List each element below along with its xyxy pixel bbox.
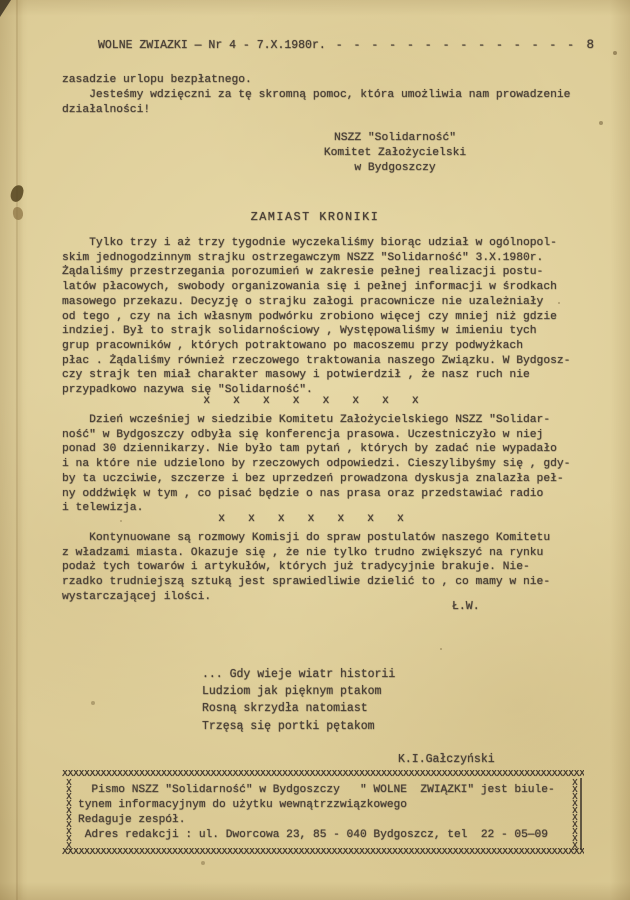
imprint-text: Pismo NSZZ "Solidarność" w Bydgoszczy " … — [78, 783, 568, 843]
paper-fold-line — [16, 0, 18, 900]
x-divider-2: x x x x x x x — [0, 512, 630, 527]
page-number: 8 — [586, 38, 594, 53]
text-line: tynem informacyjnym do użytku wewnątrzzw… — [78, 798, 568, 813]
section-heading: ZAMIAST KRONIKI — [0, 210, 630, 225]
text-line: ponad 30 dziennikarzy. Nie było tam pyta… — [62, 442, 587, 457]
poem-author: K.I.Gałczyński — [398, 753, 495, 768]
text-line: rzadko trudniejszą sztuką jest sprawiedl… — [62, 575, 587, 590]
text-line: Żądaliśmy przestrzegania porozumień w za… — [62, 265, 587, 280]
chronicle-paragraph-3: Kontynuowane są rozmowy Komisji do spraw… — [62, 531, 587, 605]
paper-specks — [0, 0, 2, 2]
text-line: Pismo NSZZ "Solidarność" w Bydgoszczy " … — [78, 783, 568, 798]
text-line: ... Gdy wieje wiatr historii — [202, 666, 502, 683]
text-line: od tego , czy na ich własnym podwórku zr… — [62, 310, 587, 325]
text-line: Dzień wcześniej w siedzibie Komitetu Zał… — [62, 413, 587, 428]
text-line: latów płacowych, swobody organizowania s… — [62, 280, 587, 295]
masthead-title: WOLNE ZWIAZKI — [98, 39, 188, 54]
text-line: i na które nie udzielono by rzeczowych o… — [62, 457, 587, 472]
continuation-paragraph: zasadzie urlopu bezpłatnego. Jesteśmy wd… — [62, 73, 582, 119]
text-line: wystarczającej ilości. — [62, 590, 587, 605]
masthead: WOLNE ZWIAZKI — Nr 4 - 7.X.1980r. - - - … — [98, 38, 594, 54]
imprint-border-top: XXXXXXXXXXXXXXXXXXXXXXXXXXXXXXXXXXXXXXXX… — [62, 770, 584, 780]
imprint-border-right: XXXXXXXXXXXXXX — [570, 778, 582, 850]
author-initials: Ł.W. — [452, 600, 480, 615]
org-signature-block: NSZZ "Solidarność"Komitet Założycielskiw… — [300, 131, 490, 177]
text-line: podaż tych towarów i artykułów, których … — [62, 560, 587, 575]
text-line: płac . Żądaliśmy również rzeczowego trak… — [62, 354, 587, 369]
text-line: czy strajk ten miał charakter masowy i p… — [62, 368, 587, 383]
x-divider-1: x x x x x x x x — [0, 394, 630, 409]
text-line: Ludziom jak pięknym ptakom — [202, 683, 502, 700]
text-line: Redaguje zespół. — [78, 813, 568, 828]
masthead-issue: — Nr 4 - 7.X.1980r. — [195, 39, 326, 54]
text-line: Rosną skrzydła natomiast — [202, 700, 502, 717]
text-line: Komitet Założycielski — [300, 146, 490, 161]
text-line: Tylko trzy i aż trzy tygodnie wyczekaliś… — [62, 236, 587, 251]
text-line: z władzami miasta. Okazuje się , że nie … — [62, 546, 587, 561]
text-line: działalności! — [62, 103, 582, 118]
text-line: Jesteśmy wdzięczni za tę skromną pomoc, … — [62, 88, 582, 103]
text-line: NSZZ "Solidarność" — [300, 131, 490, 146]
text-line: masowego przekazu. Decyzję o strajku zał… — [62, 295, 587, 310]
text-line: ność" w Bydgoszczy odbyła się konferencj… — [62, 428, 587, 443]
text-line: Adres redakcji : ul. Dworcowa 23, 85 - 0… — [78, 828, 568, 843]
imprint-border-bottom: XXXXXXXXXXXXXXXXXXXXXXXXXXXXXXXXXXXXXXXX… — [62, 848, 584, 858]
text-line: indziej. Był to strajk solidarnościowy ,… — [62, 324, 587, 339]
chronicle-paragraph-2: Dzień wcześniej w siedzibie Komitetu Zał… — [62, 413, 587, 516]
text-line: by ta uczciwie, szczerze i bez uprzedzeń… — [62, 472, 587, 487]
text-line: ny oddźwięk w tym , co pisać będzie o na… — [62, 487, 587, 502]
chronicle-paragraph-1: Tylko trzy i aż trzy tygodnie wyczekaliś… — [62, 236, 587, 398]
poem-block: ... Gdy wieje wiatr historiiLudziom jak … — [202, 666, 502, 735]
text-line: w Bydgoszczy — [300, 161, 490, 176]
text-line: grup pracowników , których potraktowano … — [62, 339, 587, 354]
imprint-box: XXXXXXXXXXXXXXXXXXXXXXXXXXXXXXXXXXXXXXXX… — [62, 770, 584, 858]
masthead-dashes: - - - - - - - - - - - - - - - - — [336, 39, 579, 54]
imprint-border-left: XXXXXXXXXXXXXX — [64, 778, 74, 850]
text-line: zasadzie urlopu bezpłatnego. — [62, 73, 582, 88]
text-line: Kontynuowane są rozmowy Komisji do spraw… — [62, 531, 587, 546]
text-line: Trzęsą się portki pętakom — [202, 718, 502, 735]
text-line: skim jednogodzinnym strajku ostrzegawczy… — [62, 251, 587, 266]
